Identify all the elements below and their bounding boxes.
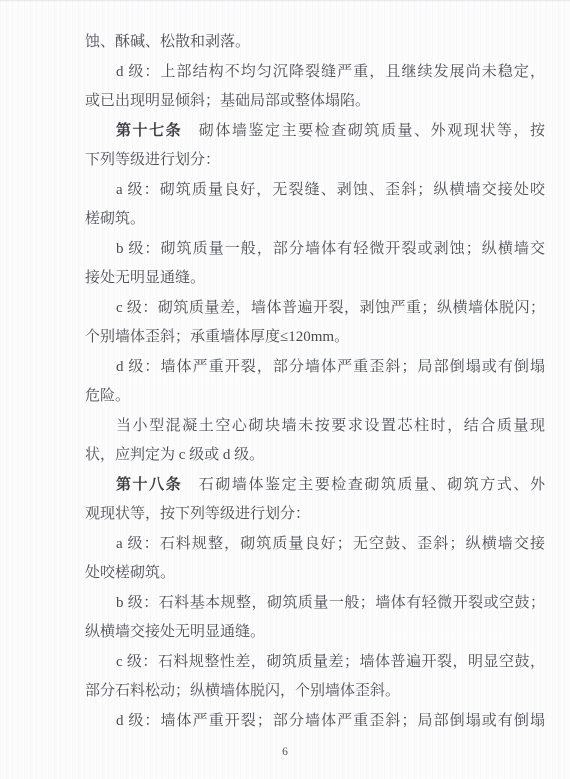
text-line: 观现状等，按下列等级进行划分： xyxy=(85,500,545,530)
text-line: 蚀、酥碱、松散和剥落。 xyxy=(85,28,545,58)
text-line: 下列等级进行划分： xyxy=(85,146,545,176)
document-text-block: 蚀、酥碱、松散和剥落。d 级：上部结构不均匀沉降裂缝严重，且继续发展尚未稳定，或… xyxy=(85,28,545,736)
text-line: d 级：墙体严重开裂；部分墙体严重歪斜；局部倒塌或有倒塌 xyxy=(85,707,545,737)
document-page: 蚀、酥碱、松散和剥落。d 级：上部结构不均匀沉降裂缝严重，且继续发展尚未稳定，或… xyxy=(0,0,570,779)
text-line: 危险。 xyxy=(85,382,545,412)
text-line: a 级：砌筑质量良好，无裂缝、剥蚀、歪斜；纵横墙交接处咬 xyxy=(85,176,545,206)
text-line: 部分石料松动；纵横墙体脱闪，个别墙体歪斜。 xyxy=(85,677,545,707)
text-line: 处咬槎砌筑。 xyxy=(85,559,545,589)
text-line: 状，应判定为 c 级或 d 级。 xyxy=(85,441,545,471)
text-line: b 级：砌筑质量一般，部分墙体有轻微开裂或剥蚀；纵横墙交 xyxy=(85,235,545,265)
text-line: 个别墙体歪斜；承重墙体厚度≤120mm。 xyxy=(85,323,545,353)
text-line: 第十七条 砌体墙鉴定主要检查砌筑质量、外观现状等，按 xyxy=(85,117,545,147)
text-line: c 级：石料规整性差，砌筑质量差；墙体普遍开裂，明显空鼓， xyxy=(85,648,545,678)
page-number: 6 xyxy=(0,746,570,758)
text-line: 当小型混凝土空心砌块墙未按要求设置芯柱时，结合质量现 xyxy=(85,412,545,442)
text-line: 第十八条 石砌墙体鉴定主要检查砌筑质量、砌筑方式、外 xyxy=(85,471,545,501)
text-line: 槎砌筑。 xyxy=(85,205,545,235)
text-line: 纵横墙交接处无明显通缝。 xyxy=(85,618,545,648)
text-line: b 级：石料基本规整，砌筑质量一般；墙体有轻微开裂或空鼓； xyxy=(85,589,545,619)
scan-top-edge xyxy=(0,0,570,2)
text-line: d 级：上部结构不均匀沉降裂缝严重，且继续发展尚未稳定， xyxy=(85,58,545,88)
text-line: c 级：砌筑质量差，墙体普遍开裂，剥蚀严重；纵横墙体脱闪； xyxy=(85,294,545,324)
article-heading: 第十八条 xyxy=(116,477,182,493)
line-text: 石砌墙体鉴定主要检查砌筑质量、砌筑方式、外 xyxy=(182,477,545,493)
article-heading: 第十七条 xyxy=(116,123,182,139)
text-line: d 级：墙体严重开裂，部分墙体严重歪斜；局部倒塌或有倒塌 xyxy=(85,353,545,383)
line-text: 砌体墙鉴定主要检查砌筑质量、外观现状等，按 xyxy=(182,123,545,139)
text-line: 或已出现明显倾斜；基础局部或整体塌陷。 xyxy=(85,87,545,117)
text-line: 接处无明显通缝。 xyxy=(85,264,545,294)
text-line: a 级：石料规整，砌筑质量良好；无空鼓、歪斜；纵横墙交接 xyxy=(85,530,545,560)
